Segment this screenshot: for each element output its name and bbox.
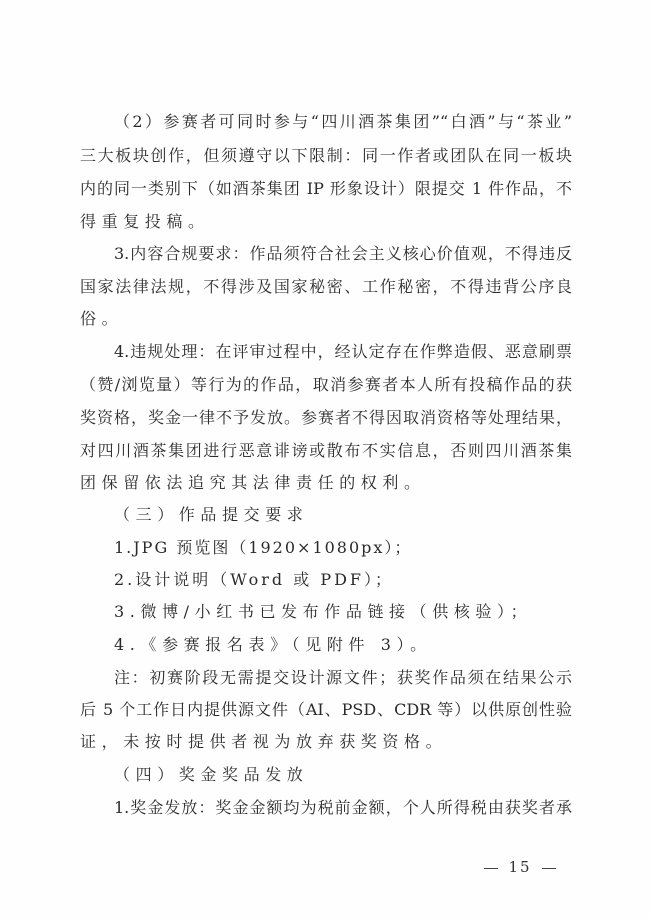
paragraph-line: （2）参赛者可同时参与“四川酒茶集团”“白酒”与“茶业” — [114, 110, 572, 134]
paragraph-line: 内的同一类别下（如酒茶集团 IP 形象设计）限提交 1 件作品，不 — [80, 177, 572, 201]
dash-left — [484, 868, 498, 869]
list-item: 1.JPG 预览图（1920×1080px）； — [114, 536, 572, 560]
paragraph-line: 团保留依法追究其法律责任的权利。 — [80, 471, 572, 495]
paragraph-line: 4.违规处理：在评审过程中，经认定存在作弊造假、恶意刷票 — [114, 340, 572, 364]
paragraph-line: 奖资格，奖金一律不予发放。参赛者不得因取消资格等处理结果， — [80, 406, 572, 430]
paragraph-line: 俗。 — [80, 307, 572, 331]
note-line: 注：初赛阶段无需提交设计源文件；获奖作品须在结果公示 — [114, 666, 572, 690]
paragraph-line: 3.内容合规要求：作品须符合社会主义核心价值观，不得违反 — [114, 242, 572, 266]
paragraph-line: （赞/浏览量）等行为的作品，取消参赛者本人所有投稿作品的获 — [80, 373, 572, 397]
list-item: 4.《参赛报名表》（见附件 3）。 — [114, 633, 572, 657]
note-line: 证，未按时提供者视为放弃获奖资格。 — [80, 730, 572, 754]
paragraph-line: 得重复投稿。 — [80, 210, 572, 234]
list-item: 3.微博/小红书已发布作品链接（供核验）； — [114, 600, 572, 624]
section-heading: （四）奖金奖品发放 — [114, 763, 572, 787]
document-page: （2）参赛者可同时参与“四川酒茶集团”“白酒”与“茶业” 三大板块创作，但须遵守… — [0, 0, 650, 919]
page-number: 15 — [470, 855, 570, 879]
dash-right — [542, 868, 556, 869]
paragraph-line: 1.奖金发放：奖金金额均为税前金额，个人所得税由获奖者承 — [114, 796, 572, 820]
page-number-text: 15 — [508, 858, 531, 876]
section-heading: （三）作品提交要求 — [114, 503, 572, 527]
paragraph-line: 国家法律法规，不得涉及国家秘密、工作秘密，不得违背公序良 — [80, 275, 572, 299]
note-line: 后 5 个工作日内提供源文件（AI、PSD、CDR 等）以供原创性验 — [80, 698, 572, 722]
paragraph-line: 三大板块创作，但须遵守以下限制：同一作者或团队在同一板块 — [80, 144, 572, 168]
list-item: 2.设计说明（Word 或 PDF）； — [114, 568, 572, 592]
paragraph-line: 对四川酒茶集团进行恶意诽谤或散布不实信息，否则四川酒茶集 — [80, 439, 572, 463]
